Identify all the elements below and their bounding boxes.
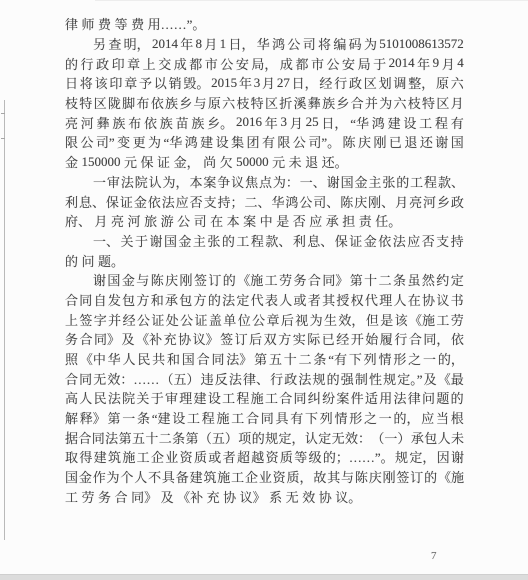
scan-left-tick-mark — [1, 113, 5, 114]
text-line: 上签字并经公证处公证盖单位公章后视为生效，但是该《施工劳 — [65, 309, 464, 329]
text-line: 取得建筑施工企业资质或者超越资质等级的；……”。规定，因谢 — [65, 447, 464, 467]
document-page: 律师费等费用……”。另查明，2014年8月1日，华鸿公司将编码为51010086… — [0, 0, 528, 580]
text-line: 合同无效：……（五）违反法律、行政法规的强制性规定。”及《最 — [65, 368, 464, 388]
scan-bottom-edge-band — [0, 574, 528, 580]
scan-left-tick-mark — [1, 138, 5, 139]
text-line: 另查明，2014年8月1日，华鸿公司将编码为5101008613572 — [65, 34, 464, 54]
text-line: 亮河彝族布依族苗族乡。2016年3月25日，“华鸿建设工程有 — [65, 112, 464, 132]
text-line: 日将该印章予以销毁。2015年3月27日，经行政区划调整，原六 — [65, 73, 464, 93]
text-line: 高人民法院关于审理建设工程施工合同纠纷案件适用法律问题的 — [65, 388, 464, 408]
text-line: 工劳务合同》及《补充协议》系无效协议。 — [65, 487, 464, 507]
text-line: 限公司”变更为“华鸿建设集团有限公司”。陈庆刚已退还谢国 — [65, 132, 464, 152]
text-line: 律师费等费用……”。 — [65, 14, 464, 34]
text-line: 的行政印章上交成都市公安局，成都市公安局于2014年9月4 — [65, 53, 464, 73]
document-body: 律师费等费用……”。另查明，2014年8月1日，华鸿公司将编码为51010086… — [65, 14, 464, 506]
text-line: 解释》第一条“建设工程施工合同具有下列情形之一的，应当根 — [65, 408, 464, 428]
text-line: 府、月亮河旅游公司在本案中是否应承担责任。 — [65, 211, 464, 231]
text-line: 据合同法第五十二条第（五）项的规定，认定无效：（一）承包人未 — [65, 427, 464, 447]
text-line: 合同自发包方和承包方的法定代表人或者其授权代理人在协议书 — [65, 290, 464, 310]
text-line: 照《中华人民共和国合同法》第五十二条“有下列情形之一的， — [65, 349, 464, 369]
text-line: 的问题。 — [65, 250, 464, 270]
text-line: 国金作为个人不具备建筑施工企业资质，故其与陈庆刚签订的《施 — [65, 467, 464, 487]
text-line: 谢国金与陈庆刚签订的《施工劳务合同》第十二条虽然约定 — [65, 270, 464, 290]
text-line: 金150000元保证金，尚欠50000元未退还。 — [65, 152, 464, 172]
text-line: 利息、保证金依法应否支持；二、华鸿公司、陈庆刚、月亮河乡政 — [65, 191, 464, 211]
text-line: 一、关于谢国金主张的工程款、利息、保证金依法应否支持 — [65, 231, 464, 251]
scan-left-edge-line — [4, 100, 5, 540]
text-line: 一审法院认为，本案争议焦点为：一、谢国金主张的工程款、 — [65, 172, 464, 192]
page-number: 7 — [431, 550, 437, 562]
text-line: 务合同》及《补充协议》签订后双方实际已经开始履行合同，依 — [65, 329, 464, 349]
text-line: 枝特区陇脚布依族乡与原六枝特区折溪彝族乡合并为六枝特区月 — [65, 93, 464, 113]
scan-top-edge-line — [95, 0, 528, 1]
